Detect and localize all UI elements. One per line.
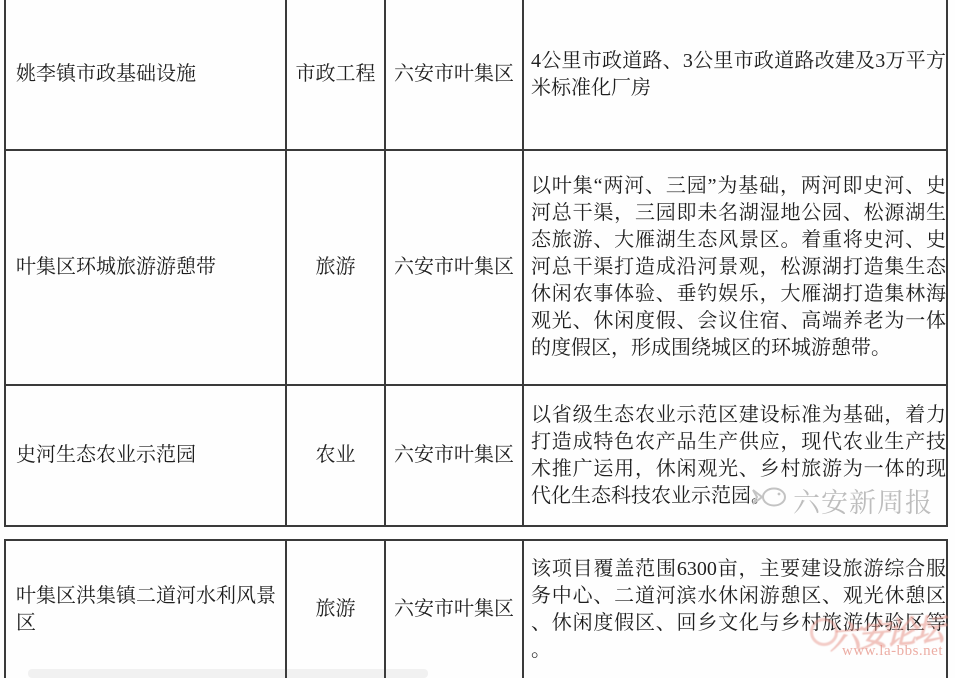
- description-cell: 以省级生态农业示范区建设标准为基础，着力打造成特色农产品生产供应，现代农业生产技…: [524, 386, 949, 525]
- location-cell: 六安市叶集区: [386, 386, 522, 525]
- description-cell: 4公里市政道路、3公里市政道路改建及3万平方米标准化厂房: [524, 0, 949, 149]
- location-cell: 六安市叶集区: [386, 151, 522, 384]
- location-cell: 六安市叶集区: [386, 0, 522, 149]
- grid-line: [4, 0, 6, 527]
- document-page: 姚李镇市政基础设施 市政工程 六安市叶集区 4公里市政道路、3公里市政道路改建及…: [0, 0, 955, 678]
- grid-line: [4, 525, 948, 527]
- scan-artifact: [28, 669, 428, 678]
- category-cell: 农业: [287, 386, 384, 525]
- project-name-cell: 姚李镇市政基础设施: [8, 0, 293, 149]
- grid-line: [4, 539, 6, 678]
- description-cell: 该项目覆盖范围6300亩，主要建设旅游综合服务中心、二道河滨水休闲游憩区、观光休…: [524, 541, 949, 678]
- project-name-cell: 叶集区洪集镇二道河水利风景区: [8, 541, 293, 678]
- project-name-cell: 叶集区环城旅游游憩带: [8, 151, 293, 384]
- category-cell: 旅游: [287, 541, 384, 678]
- project-name-cell: 史河生态农业示范园: [8, 386, 293, 525]
- description-cell: 以叶集“两河、三园”为基础，两河即史河、史河总干渠，三园即未名湖湿地公园、松源湖…: [524, 151, 949, 384]
- category-cell: 旅游: [287, 151, 384, 384]
- category-cell: 市政工程: [287, 0, 384, 149]
- location-cell: 六安市叶集区: [386, 541, 522, 678]
